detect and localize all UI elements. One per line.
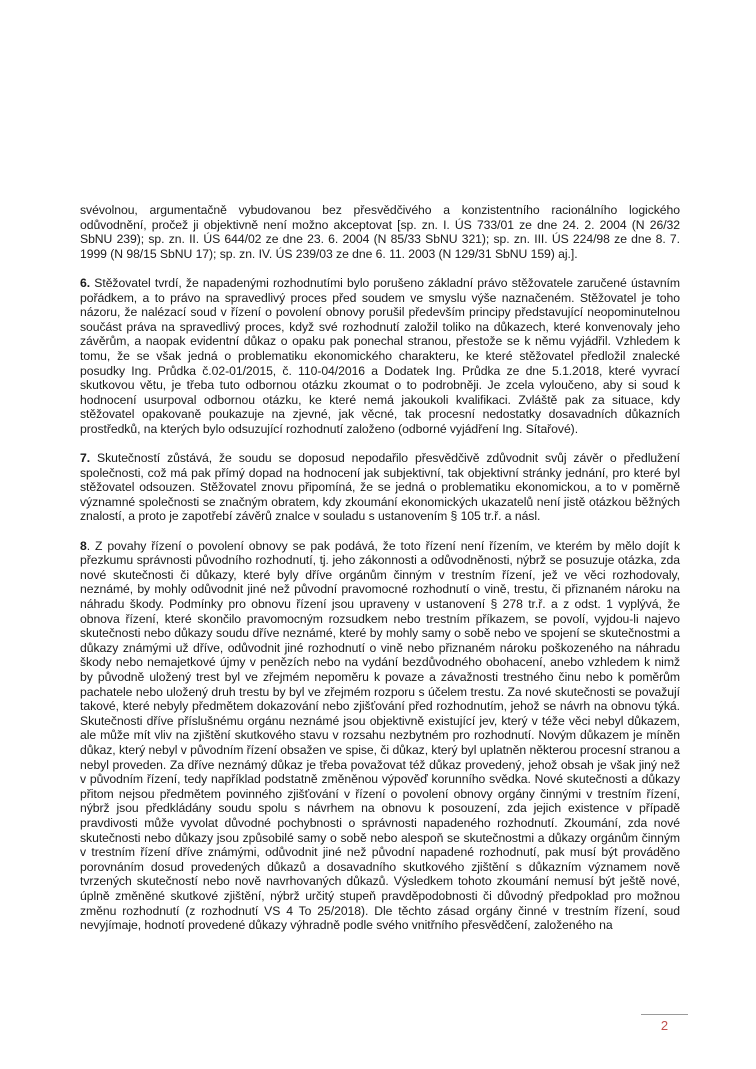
paragraph-number: 6. xyxy=(80,276,90,290)
document-body: svévolnou, argumentačně vybudovanou bez … xyxy=(80,203,680,947)
paragraph-8: 8. Z povahy řízení o povolení obnovy se … xyxy=(80,539,680,933)
paragraph-6: 6. Stěžovatel tvrdí, že napadenými rozho… xyxy=(80,276,680,437)
paragraph-text: svévolnou, argumentačně vybudovanou bez … xyxy=(80,203,680,261)
page-number: 2 xyxy=(641,1018,688,1033)
document-page: svévolnou, argumentačně vybudovanou bez … xyxy=(0,0,756,1069)
paragraph-text: Stěžovatel tvrdí, že napadenými rozhodnu… xyxy=(80,276,680,436)
paragraph-text: . Z povahy řízení o povolení obnovy se p… xyxy=(80,539,680,932)
paragraph-7: 7. Skutečností zůstává, že soudu se dopo… xyxy=(80,451,680,524)
paragraph-number: 7. xyxy=(80,451,90,465)
paragraph-number: 8 xyxy=(80,539,87,553)
footer-divider xyxy=(641,1014,688,1015)
paragraph-text: Skutečností zůstává, že soudu se doposud… xyxy=(80,451,680,523)
paragraph-continuation: svévolnou, argumentačně vybudovanou bez … xyxy=(80,203,680,261)
